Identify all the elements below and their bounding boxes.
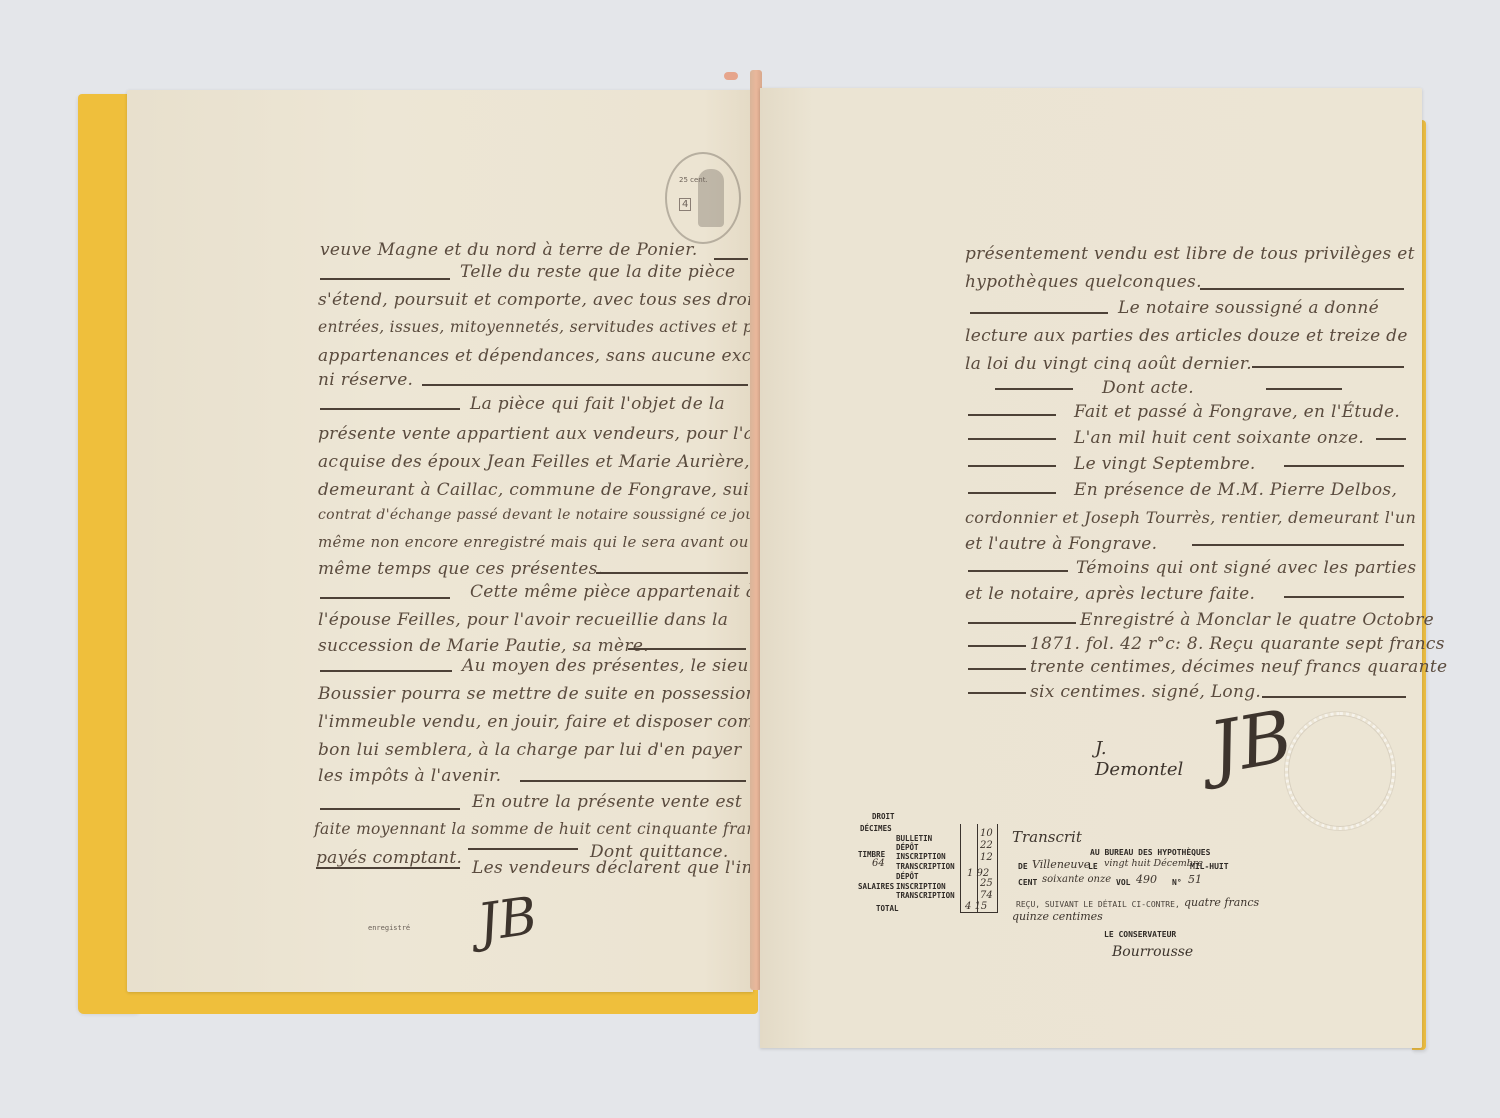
fee-label: DÉCIMES xyxy=(860,824,892,833)
text-line: l'épouse Feilles, pour l'avoir recueilli… xyxy=(318,610,728,630)
text-line: présentement vendu est libre de tous pri… xyxy=(965,244,1415,264)
text-line: acquise des époux Jean Feilles et Marie … xyxy=(318,452,750,472)
text-line: appartenances et dépendances, sans aucun… xyxy=(318,346,808,366)
text-line: faite moyennant la somme de huit cent ci… xyxy=(314,820,774,838)
bureau-place: Villeneuve xyxy=(1032,858,1090,871)
text-line: et le notaire, après lecture faite. xyxy=(965,584,1255,604)
text-line: Cette même pièce appartenait à xyxy=(470,582,756,602)
text-line: six centimes. signé, Long. xyxy=(1030,682,1261,702)
fee-label: TOTAL xyxy=(876,904,899,913)
text-line: demeurant à Caillac, commune de Fongrave… xyxy=(318,480,788,500)
fee-sublabel: DÉPÔT xyxy=(896,843,919,852)
entry-number: 51 xyxy=(1188,873,1202,886)
embossed-seal-icon xyxy=(1285,712,1395,830)
text-line: Dont acte. xyxy=(1102,378,1194,398)
text-line: contrat d'échange passé devant le notair… xyxy=(318,507,798,523)
received-amount: quatre francs xyxy=(1184,896,1259,909)
fiscal-stamp-value: 4 xyxy=(679,198,691,211)
registry-fees-stamp: DROIT DÉCIMES TIMBRE BULLETIN DÉPÔT INSC… xyxy=(858,812,976,914)
volume-number: 490 xyxy=(1136,873,1157,886)
text-line: En présence de M.M. Pierre Delbos, xyxy=(1074,480,1397,500)
text-line: lecture aux parties des articles douze e… xyxy=(965,326,1408,346)
text-line: L'an mil huit cent soixante onze. xyxy=(1074,428,1364,448)
text-line: trente centimes, décimes neuf francs qua… xyxy=(1030,657,1447,677)
fee-sublabel: TRANSCRIPTION xyxy=(896,862,955,871)
bureau-year: soixante onze xyxy=(1042,874,1111,885)
fee-amount-grid: 10 22 12 1 92 25 74 4 15 xyxy=(960,824,998,913)
fee-label: SALAIRES xyxy=(858,882,894,891)
text-line: Boussier pourra se mettre de suite en po… xyxy=(318,684,784,704)
received-label: REÇU, SUIVANT LE DÉTAIL CI-CONTRE, xyxy=(1016,900,1180,909)
text-line: 1871. fol. 42 r°c: 8. Reçu quarante sept… xyxy=(1030,634,1445,654)
text-line: ni réserve. xyxy=(318,370,413,390)
paraph-signature: JB xyxy=(474,886,541,954)
text-line: la loi du vingt cinq août dernier. xyxy=(965,354,1252,374)
yellow-folder-bottom-edge xyxy=(78,990,758,1014)
binding-knot xyxy=(724,72,738,80)
transcription-action: Transcrit xyxy=(1012,828,1082,846)
faint-imprint: enregistré xyxy=(368,924,410,932)
bureau-title: AU BUREAU DES HYPOTHÈQUES xyxy=(1090,848,1210,857)
text-line: hypothèques quelconques. xyxy=(965,272,1202,292)
fee-sublabel: BULLETIN xyxy=(896,834,932,843)
conservateur-label: LE CONSERVATEUR xyxy=(1104,930,1176,939)
fee-sublabel: TRANSCRIPTION xyxy=(896,891,955,900)
text-line: succession de Marie Pautie, sa mère. xyxy=(318,636,649,656)
text-line: Le notaire soussigné a donné xyxy=(1118,298,1379,318)
fiscal-stamp: 25 cent. 4 xyxy=(665,152,741,244)
fee-sublabel: DÉPÔT xyxy=(896,872,919,881)
text-line: s'étend, poursuit et comporte, avec tous… xyxy=(318,290,775,310)
text-line: bon lui semblera, à la charge par lui d'… xyxy=(318,740,742,760)
text-line: et l'autre à Fongrave. xyxy=(965,534,1157,554)
bureau-date: vingt huit Décembre xyxy=(1104,858,1203,869)
text-line: entrées, issues, mitoyennetés, servitude… xyxy=(318,318,816,336)
fee-sublabel: INSCRIPTION xyxy=(896,852,946,861)
text-line: payés comptant. xyxy=(316,848,462,868)
text-line: Telle du reste que la dite pièce xyxy=(460,262,735,282)
text-line: Enregistré à Monclar le quatre Octobre xyxy=(1080,610,1434,630)
text-line: Témoins qui ont signé avec les parties xyxy=(1076,558,1416,578)
margin-note: 64 xyxy=(872,858,885,869)
text-line: En outre la présente vente est xyxy=(472,792,742,812)
paraph-signature: JB xyxy=(1203,694,1298,791)
text-line: même non encore enregistré mais qui le s… xyxy=(318,533,773,551)
received-amount-cents: quinze centimes xyxy=(1012,910,1103,923)
notary-signature: J. Demontel xyxy=(1095,738,1183,780)
text-line: présente vente appartient aux vendeurs, … xyxy=(318,424,789,444)
text-line: La pièce qui fait l'objet de la xyxy=(470,394,725,414)
text-line: les impôts à l'avenir. xyxy=(318,766,501,786)
text-line: veuve Magne et du nord à terre de Ponier… xyxy=(320,240,698,260)
fiscal-stamp-cents: 25 cent. xyxy=(679,176,708,184)
text-line: Fait et passé à Fongrave, en l'Étude. xyxy=(1074,402,1400,422)
text-line: Le vingt Septembre. xyxy=(1074,454,1256,474)
conservateur-signature: Bourrousse xyxy=(1112,944,1193,960)
text-line: l'immeuble vendu, en jouir, faire et dis… xyxy=(318,712,781,732)
fee-label: DROIT xyxy=(872,812,895,821)
text-line: cordonnier et Joseph Tourrès, rentier, d… xyxy=(965,508,1416,527)
fee-sublabel: INSCRIPTION xyxy=(896,882,946,891)
document-photo: 25 cent. 4 veuve Magne et du nord à terr… xyxy=(0,0,1500,1118)
text-line: même temps que ces présentes. xyxy=(318,559,603,579)
